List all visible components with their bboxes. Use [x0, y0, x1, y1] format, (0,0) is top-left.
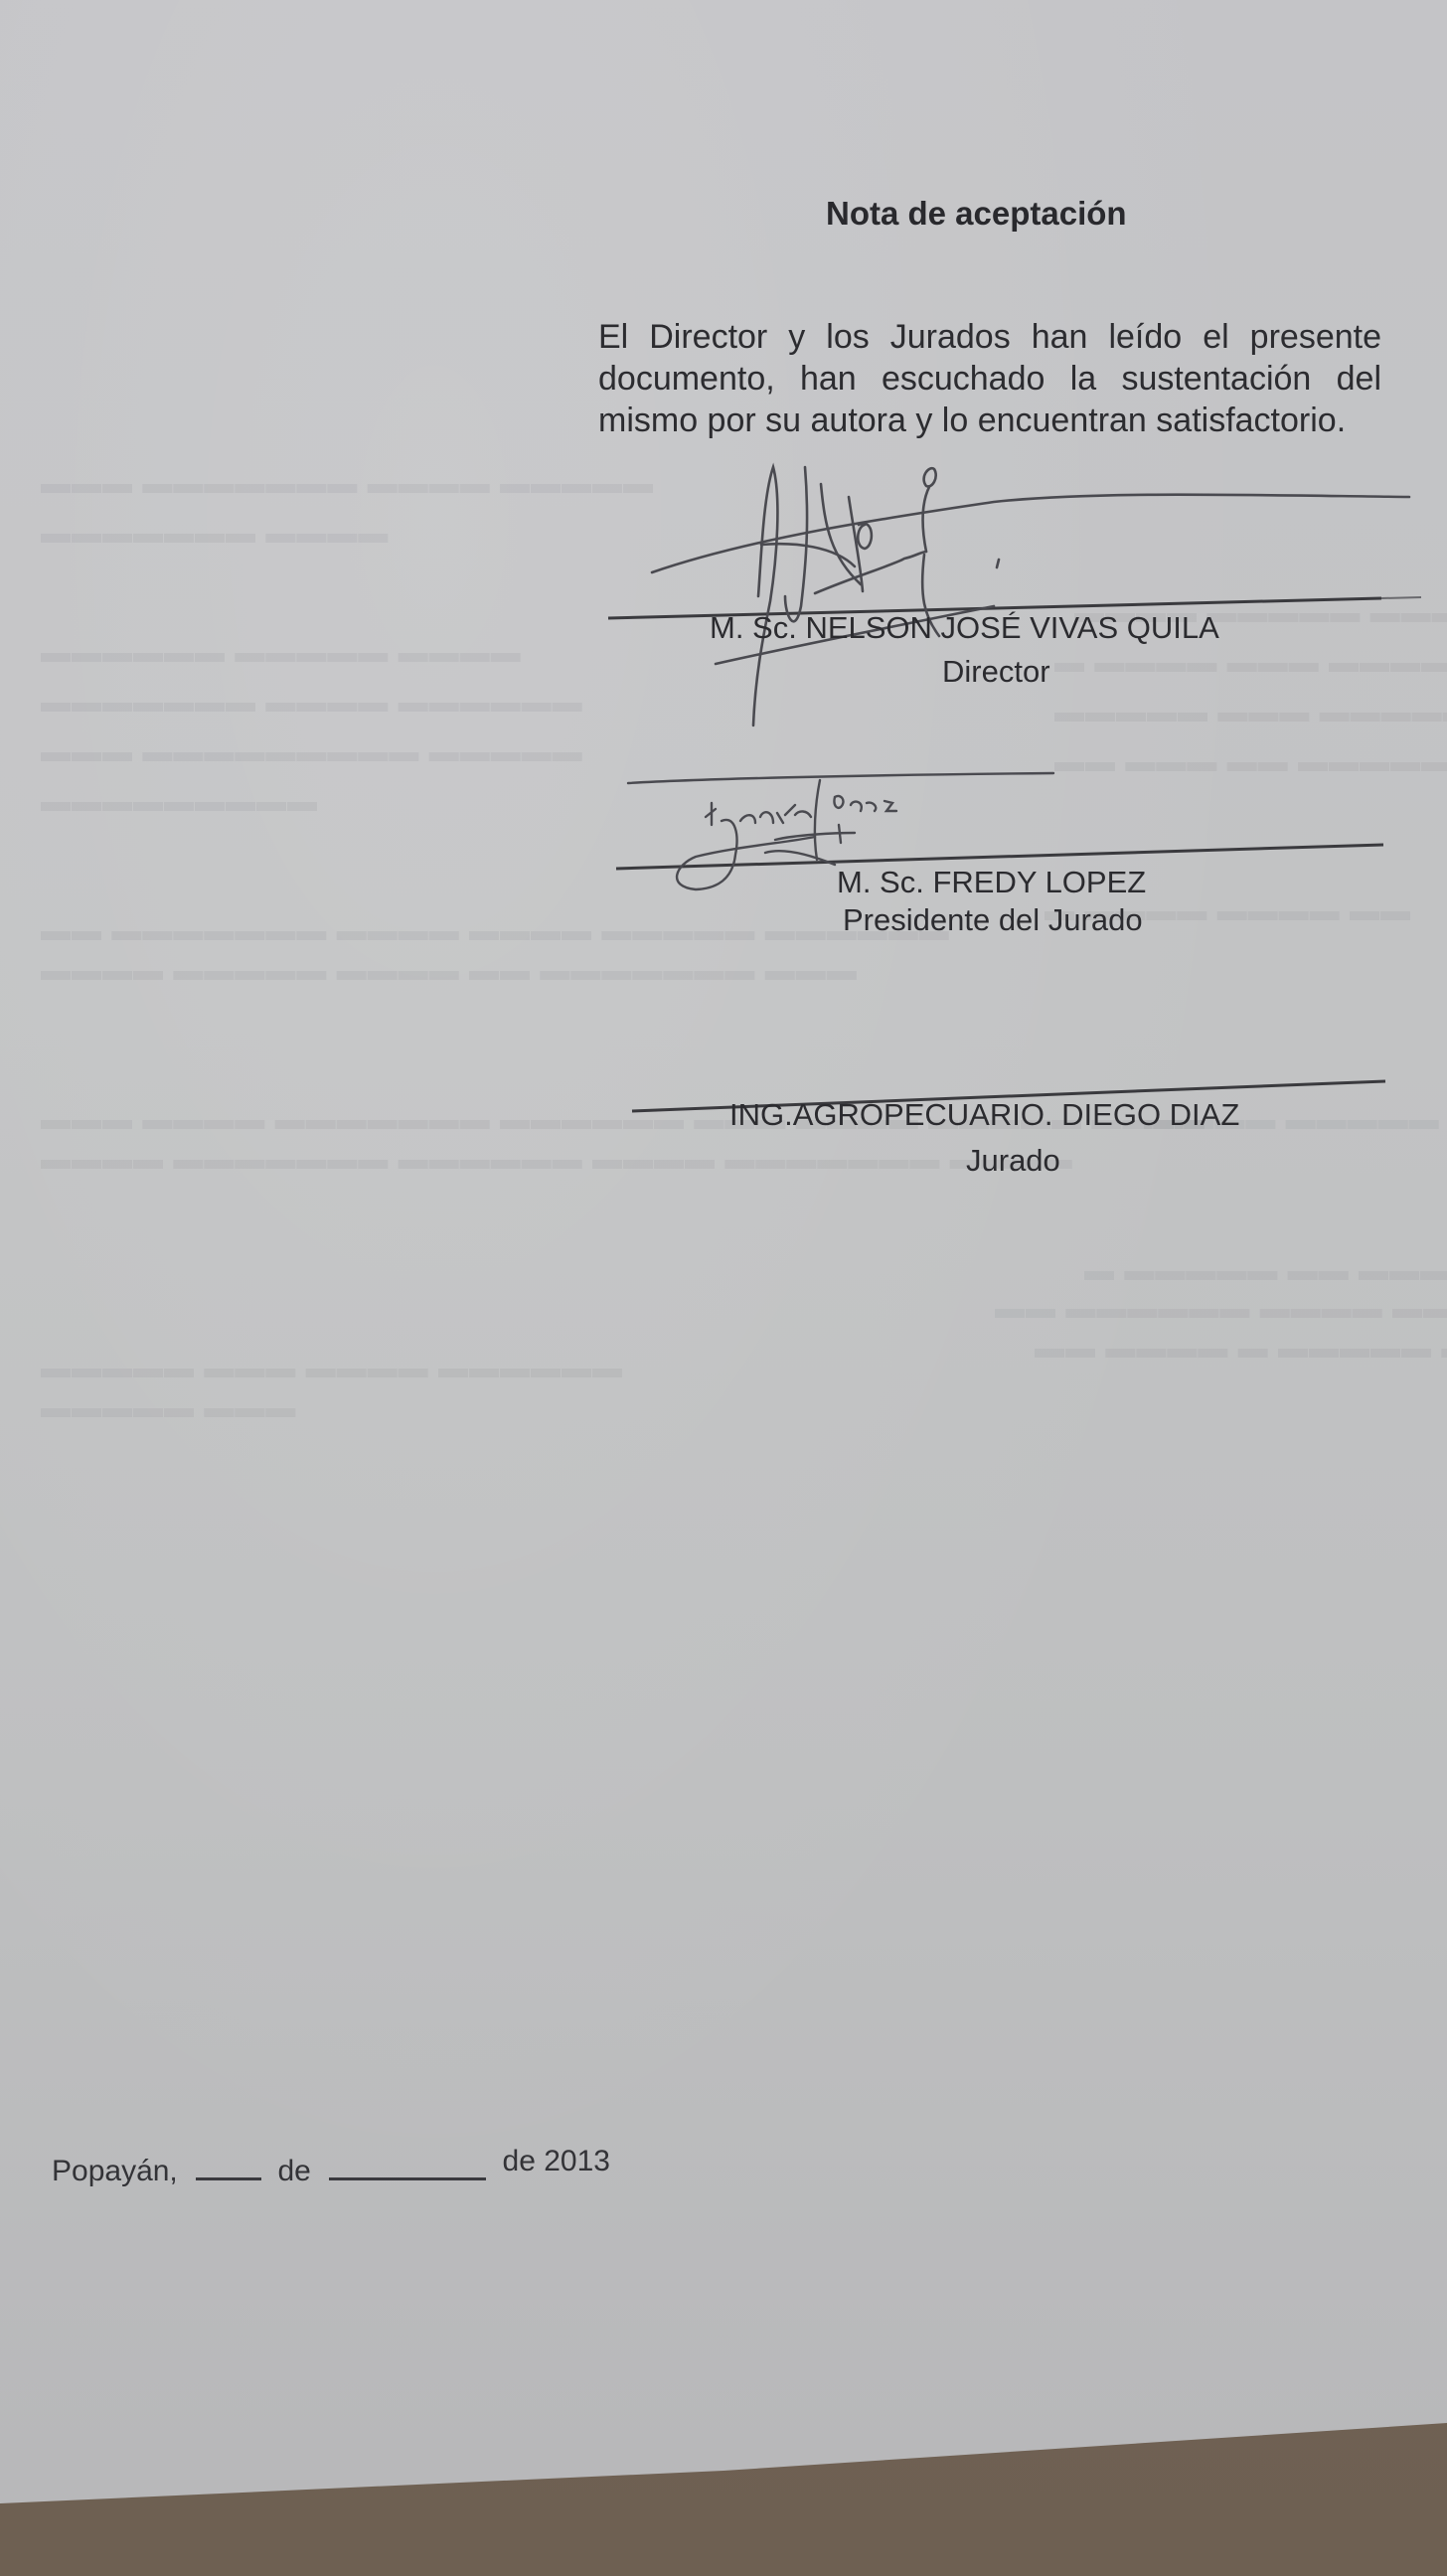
show-through-text: ▬▬▬ ▬▬▬▬▬▬▬ ▬▬ ▬▬▬▬ ▬▬▬▬▬ ▬▬▬▬ — [40, 954, 857, 988]
show-through-text: ▬▬ ▬▬▬▬ ▬▬▬▬▬ ▬ ▬▬▬▬ ▬▬ — [1034, 1332, 1447, 1366]
show-through-text: ▬▬▬▬▬▬▬▬▬ — [40, 785, 317, 819]
paragraph-line: El Director y los Jurados han leído el p… — [598, 316, 1381, 358]
director-role: Director — [942, 654, 1050, 690]
show-through-text: ▬▬▬▬▬ ▬▬▬▬ ▬▬▬▬▬▬▬ ▬▬▬ — [40, 467, 653, 501]
city-label: Popayán, — [52, 2155, 178, 2187]
show-through-text: ▬▬▬▬▬▬ ▬▬ ▬▬▬ ▬▬ — [1053, 745, 1447, 779]
show-through-text: ▬▬▬▬▬▬ ▬▬▬▬ ▬▬▬ ▬▬▬▬▬ — [40, 1352, 622, 1385]
show-through-text: ▬▬▬▬ ▬▬▬▬▬▬▬ — [40, 517, 388, 551]
show-through-text: ▬▬▬ ▬▬ ▬▬▬▬▬ ▬▬ ▬▬▬▬▬ ▬ — [1083, 1254, 1447, 1288]
jurado-name: ING.AGROPECUARIO. DIEGO DIAZ — [729, 1097, 1239, 1133]
de-label: de — [277, 2155, 310, 2187]
month-blank-field[interactable] — [329, 2152, 486, 2180]
show-through-text: ▬▬▬▬▬ ▬▬▬▬▬▬▬▬▬ ▬▬▬ — [40, 735, 582, 769]
show-through-text: ▬▬▬▬ ▬▬▬▬▬ ▬▬▬▬▬▬ — [40, 636, 521, 670]
show-through-text: ▬▬▬▬▬ ▬▬▬ ▬▬▬▬ ▬ — [1053, 646, 1447, 680]
day-blank-field[interactable] — [196, 2152, 261, 2180]
show-through-text: ▬▬ ▬▬▬▬▬ ▬▬▬▬ ▬▬▬▬▬▬ ▬▬ — [994, 1292, 1447, 1326]
paragraph-line: mismo por su autora y lo encuentran sati… — [598, 400, 1381, 441]
presidente-name: M. Sc. FREDY LOPEZ — [837, 865, 1146, 900]
show-through-text: ▬▬▬ ▬▬▬▬▬ — [40, 1391, 295, 1425]
show-through-text: ▬▬▬▬▬ ▬▬▬ ▬▬▬▬▬ — [1053, 696, 1447, 729]
paragraph-line: documento, han escuchado la sustentación… — [598, 358, 1381, 400]
date-line: Popayán, de de 2013 — [52, 2152, 610, 2188]
show-through-text: ▬▬▬▬▬▬ ▬▬▬▬▬ ▬▬▬▬ ▬▬▬▬ ▬▬▬▬▬▬▬ ▬▬ — [40, 914, 949, 948]
acceptance-paragraph: El Director y los Jurados han leído el p… — [598, 316, 1381, 441]
show-through-text: ▬▬▬▬ ▬▬▬▬▬▬▬ ▬▬▬▬ ▬▬▬▬▬▬ ▬▬▬▬▬▬▬ ▬▬▬▬ — [40, 1143, 1072, 1177]
presidente-role: Presidente del Jurado — [843, 902, 1143, 938]
director-name: M. Sc. NELSON JOSÉ VIVAS QUILA — [710, 610, 1219, 646]
show-through-text: ▬▬▬▬▬▬ ▬▬▬▬ ▬▬▬▬▬▬▬ — [40, 686, 582, 720]
jurado-role: Jurado — [966, 1143, 1060, 1179]
year-label: de 2013 — [503, 2145, 610, 2177]
document-title: Nota de aceptación — [826, 195, 1127, 233]
